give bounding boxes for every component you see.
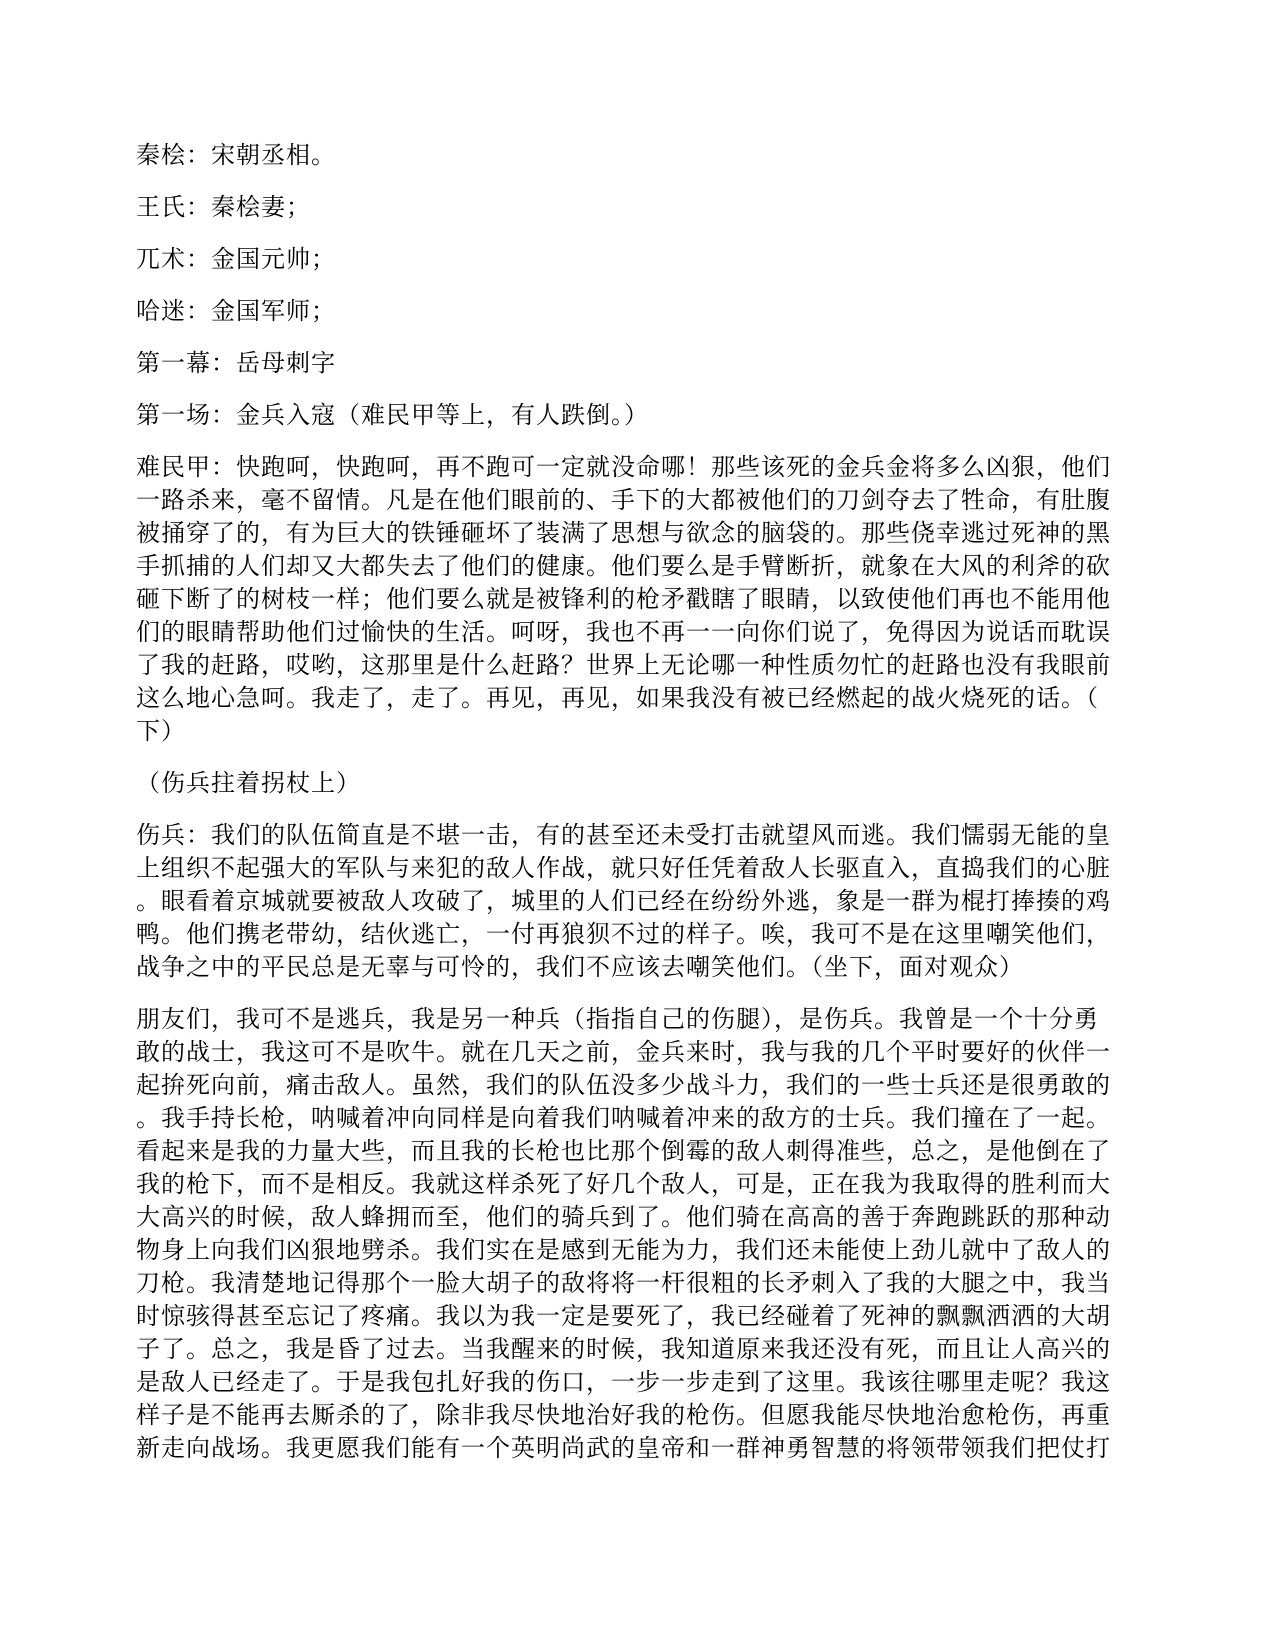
act-heading: 第一幕：岳母刺字 [136,348,1136,381]
wounded-soldier-speech-paragraph: 伤兵：我们的队伍简直是不堪一击，有的甚至还未受打击就望风而逃。我们懦弱无能的皇 … [136,820,1136,985]
cast-line-qinhui: 秦桧：宋朝丞相。 [136,140,1136,173]
scene-heading: 第一场：金兵入寇（难民甲等上，有人跌倒。） [136,400,1136,433]
cast-line-hami: 哈迷：金国军师； [136,296,1136,329]
page-content: 秦桧：宋朝丞相。 王氏：秦桧妻； 兀术：金国元帅； 哈迷：金国军师； 第一幕：岳… [136,140,1136,1485]
cast-line-wuzhu: 兀术：金国元帅； [136,244,1136,277]
cast-line-wangshi: 王氏：秦桧妻； [136,192,1136,225]
refugee-speech-paragraph: 难民甲：快跑呵，快跑呵，再不跑可一定就没命哪！那些该死的金兵金将多么凶狠，他们 … [136,452,1136,749]
stage-direction: （伤兵拄着拐杖上） [136,768,1136,801]
document-page: 秦桧：宋朝丞相。 王氏：秦桧妻； 兀术：金国元帅； 哈迷：金国军师； 第一幕：岳… [0,0,1275,1650]
wounded-soldier-speech-continued-paragraph: 朋友们，我可不是逃兵，我是另一种兵（指指自己的伤腿），是伤兵。我曾是一个十分勇 … [136,1004,1136,1466]
